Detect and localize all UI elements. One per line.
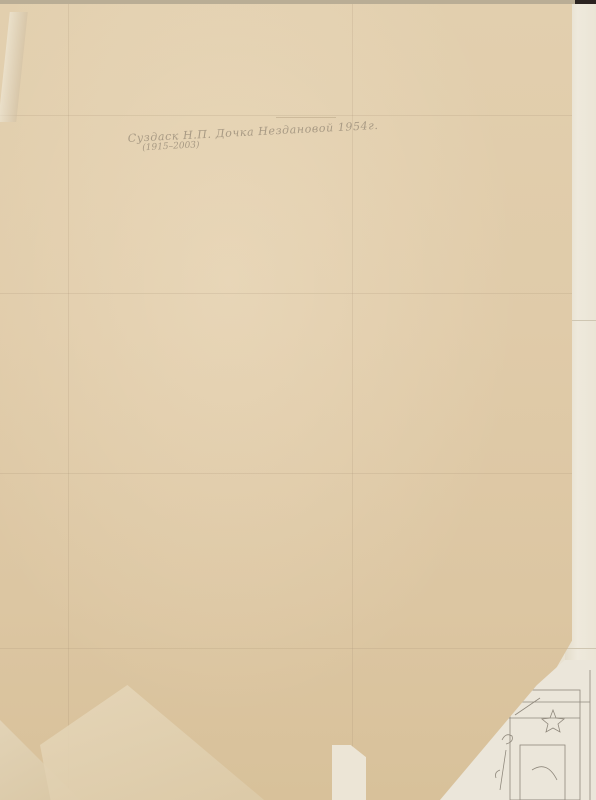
fold-line	[0, 115, 572, 116]
paper-tab	[332, 745, 366, 800]
fold-line	[68, 3, 69, 800]
aged-paper-sheet	[0, 3, 572, 800]
scanned-document: Суздаск Н.П. Дочка Нездановой 1954г. (19…	[0, 0, 596, 800]
top-edge	[0, 0, 596, 4]
faint-mark	[276, 117, 336, 118]
fold-line	[0, 293, 572, 294]
backing-seam	[565, 648, 596, 649]
fold-line	[0, 648, 572, 649]
scan-border	[575, 0, 596, 4]
fold-line	[0, 473, 572, 474]
